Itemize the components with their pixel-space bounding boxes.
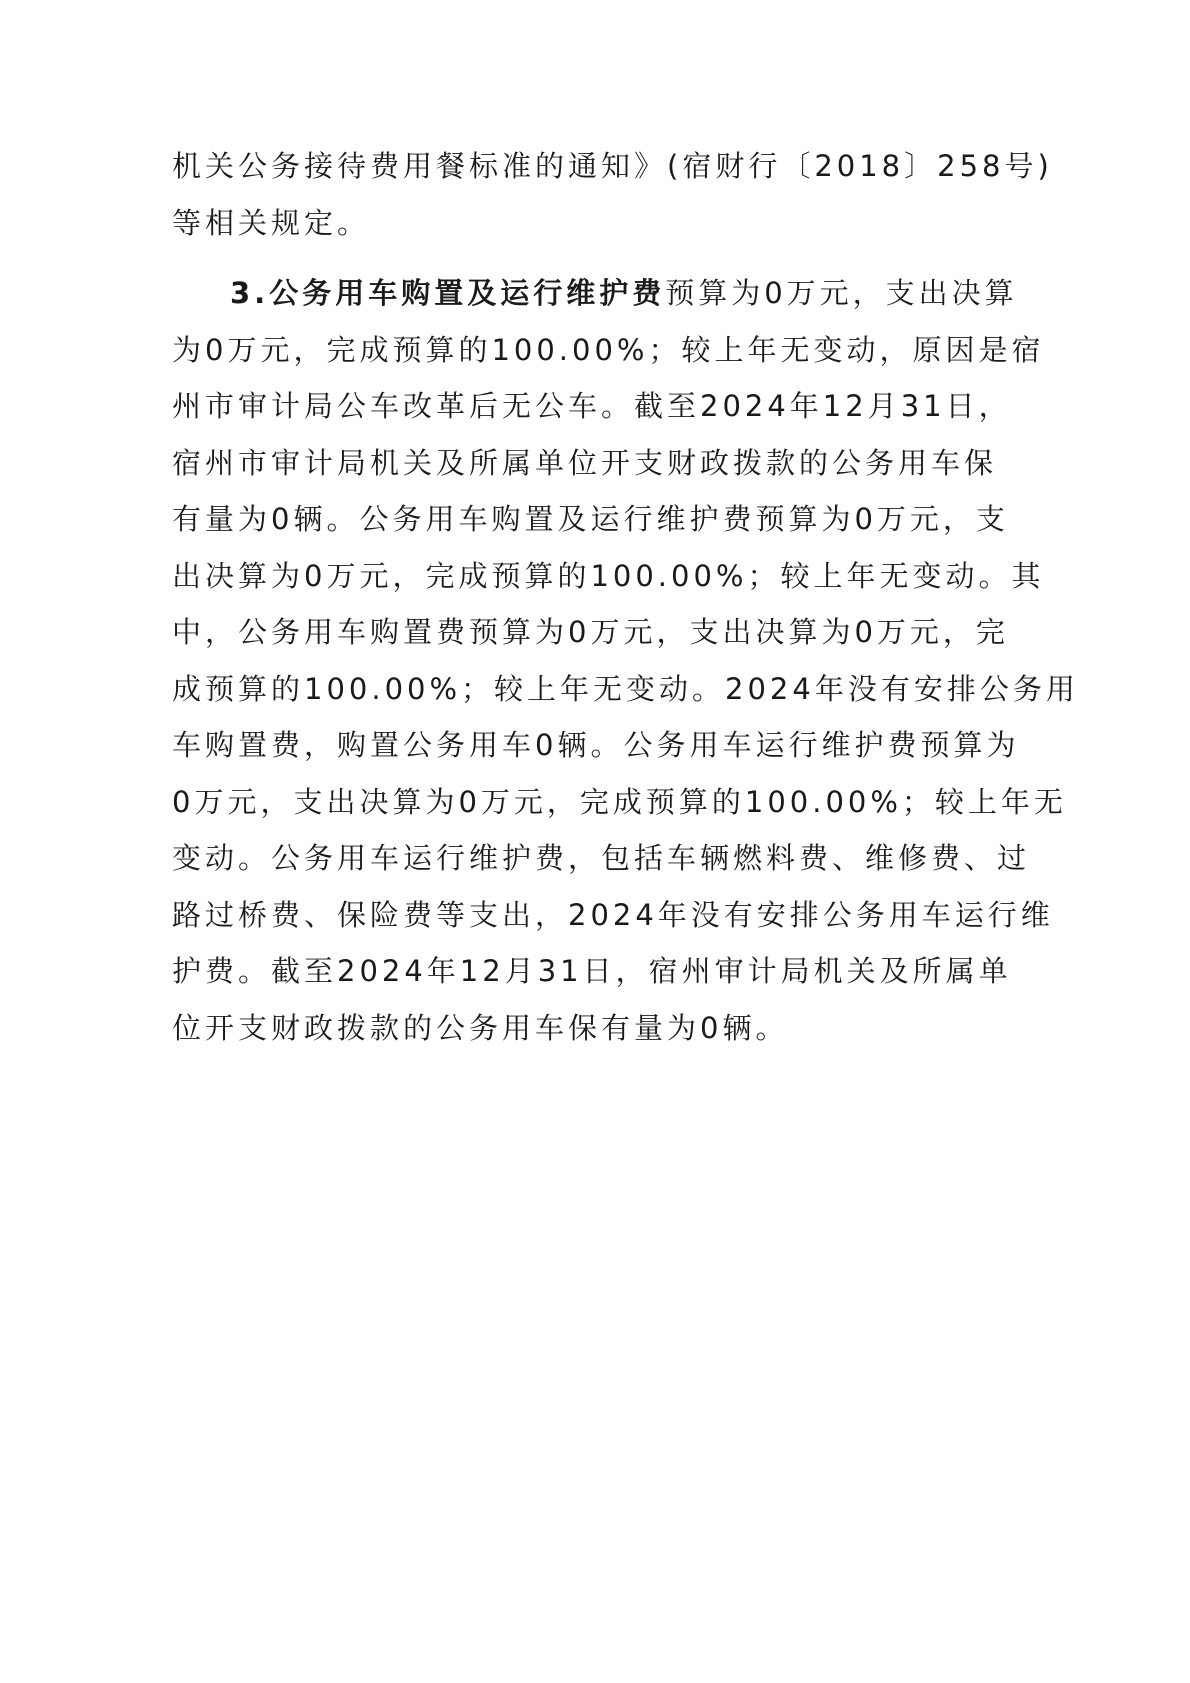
text-line: 为0万元，完成预算的100.00%；较上年无变动，原因是宿: [172, 322, 942, 379]
paragraph-heading-line: 3.公务用车购置及运行维护费预算为0万元，支出决算: [172, 265, 942, 322]
text-span: 预算为0万元，支出决算: [665, 276, 1017, 310]
text-line: 等相关规定。: [172, 195, 942, 252]
text-line: 州市审计局公车改革后无公车。截至2024年12月31日，: [172, 378, 942, 435]
text-line: 变动。公务用车运行维护费，包括车辆燃料费、维修费、过: [172, 830, 942, 887]
document-page: 机关公务接待费用餐标准的通知》(宿财行〔2018〕258号) 等相关规定。 3.…: [172, 138, 942, 1056]
text-line: 宿州市审计局机关及所属单位开支财政拨款的公务用车保: [172, 435, 942, 492]
text-line: 机关公务接待费用餐标准的通知》(宿财行〔2018〕258号): [172, 138, 942, 195]
text-line: 路过桥费、保险费等支出，2024年没有安排公务用车运行维: [172, 887, 942, 944]
text-line: 0万元，支出决算为0万元，完成预算的100.00%；较上年无: [172, 774, 942, 831]
text-line: 有量为0辆。公务用车购置及运行维护费预算为0万元，支: [172, 491, 942, 548]
text-line: 出决算为0万元，完成预算的100.00%；较上年无变动。其: [172, 548, 942, 605]
text-line: 车购置费，购置公务用车0辆。公务用车运行维护费预算为: [172, 717, 942, 774]
text-line: 护费。截至2024年12月31日，宿州审计局机关及所属单: [172, 943, 942, 1000]
text-line: 位开支财政拨款的公务用车保有量为0辆。: [172, 1000, 942, 1057]
text-line: 成预算的100.00%；较上年无变动。2024年没有安排公务用: [172, 661, 942, 718]
text-line: 中，公务用车购置费预算为0万元，支出决算为0万元，完: [172, 604, 942, 661]
section-heading: 3.公务用车购置及运行维护费: [230, 276, 665, 310]
